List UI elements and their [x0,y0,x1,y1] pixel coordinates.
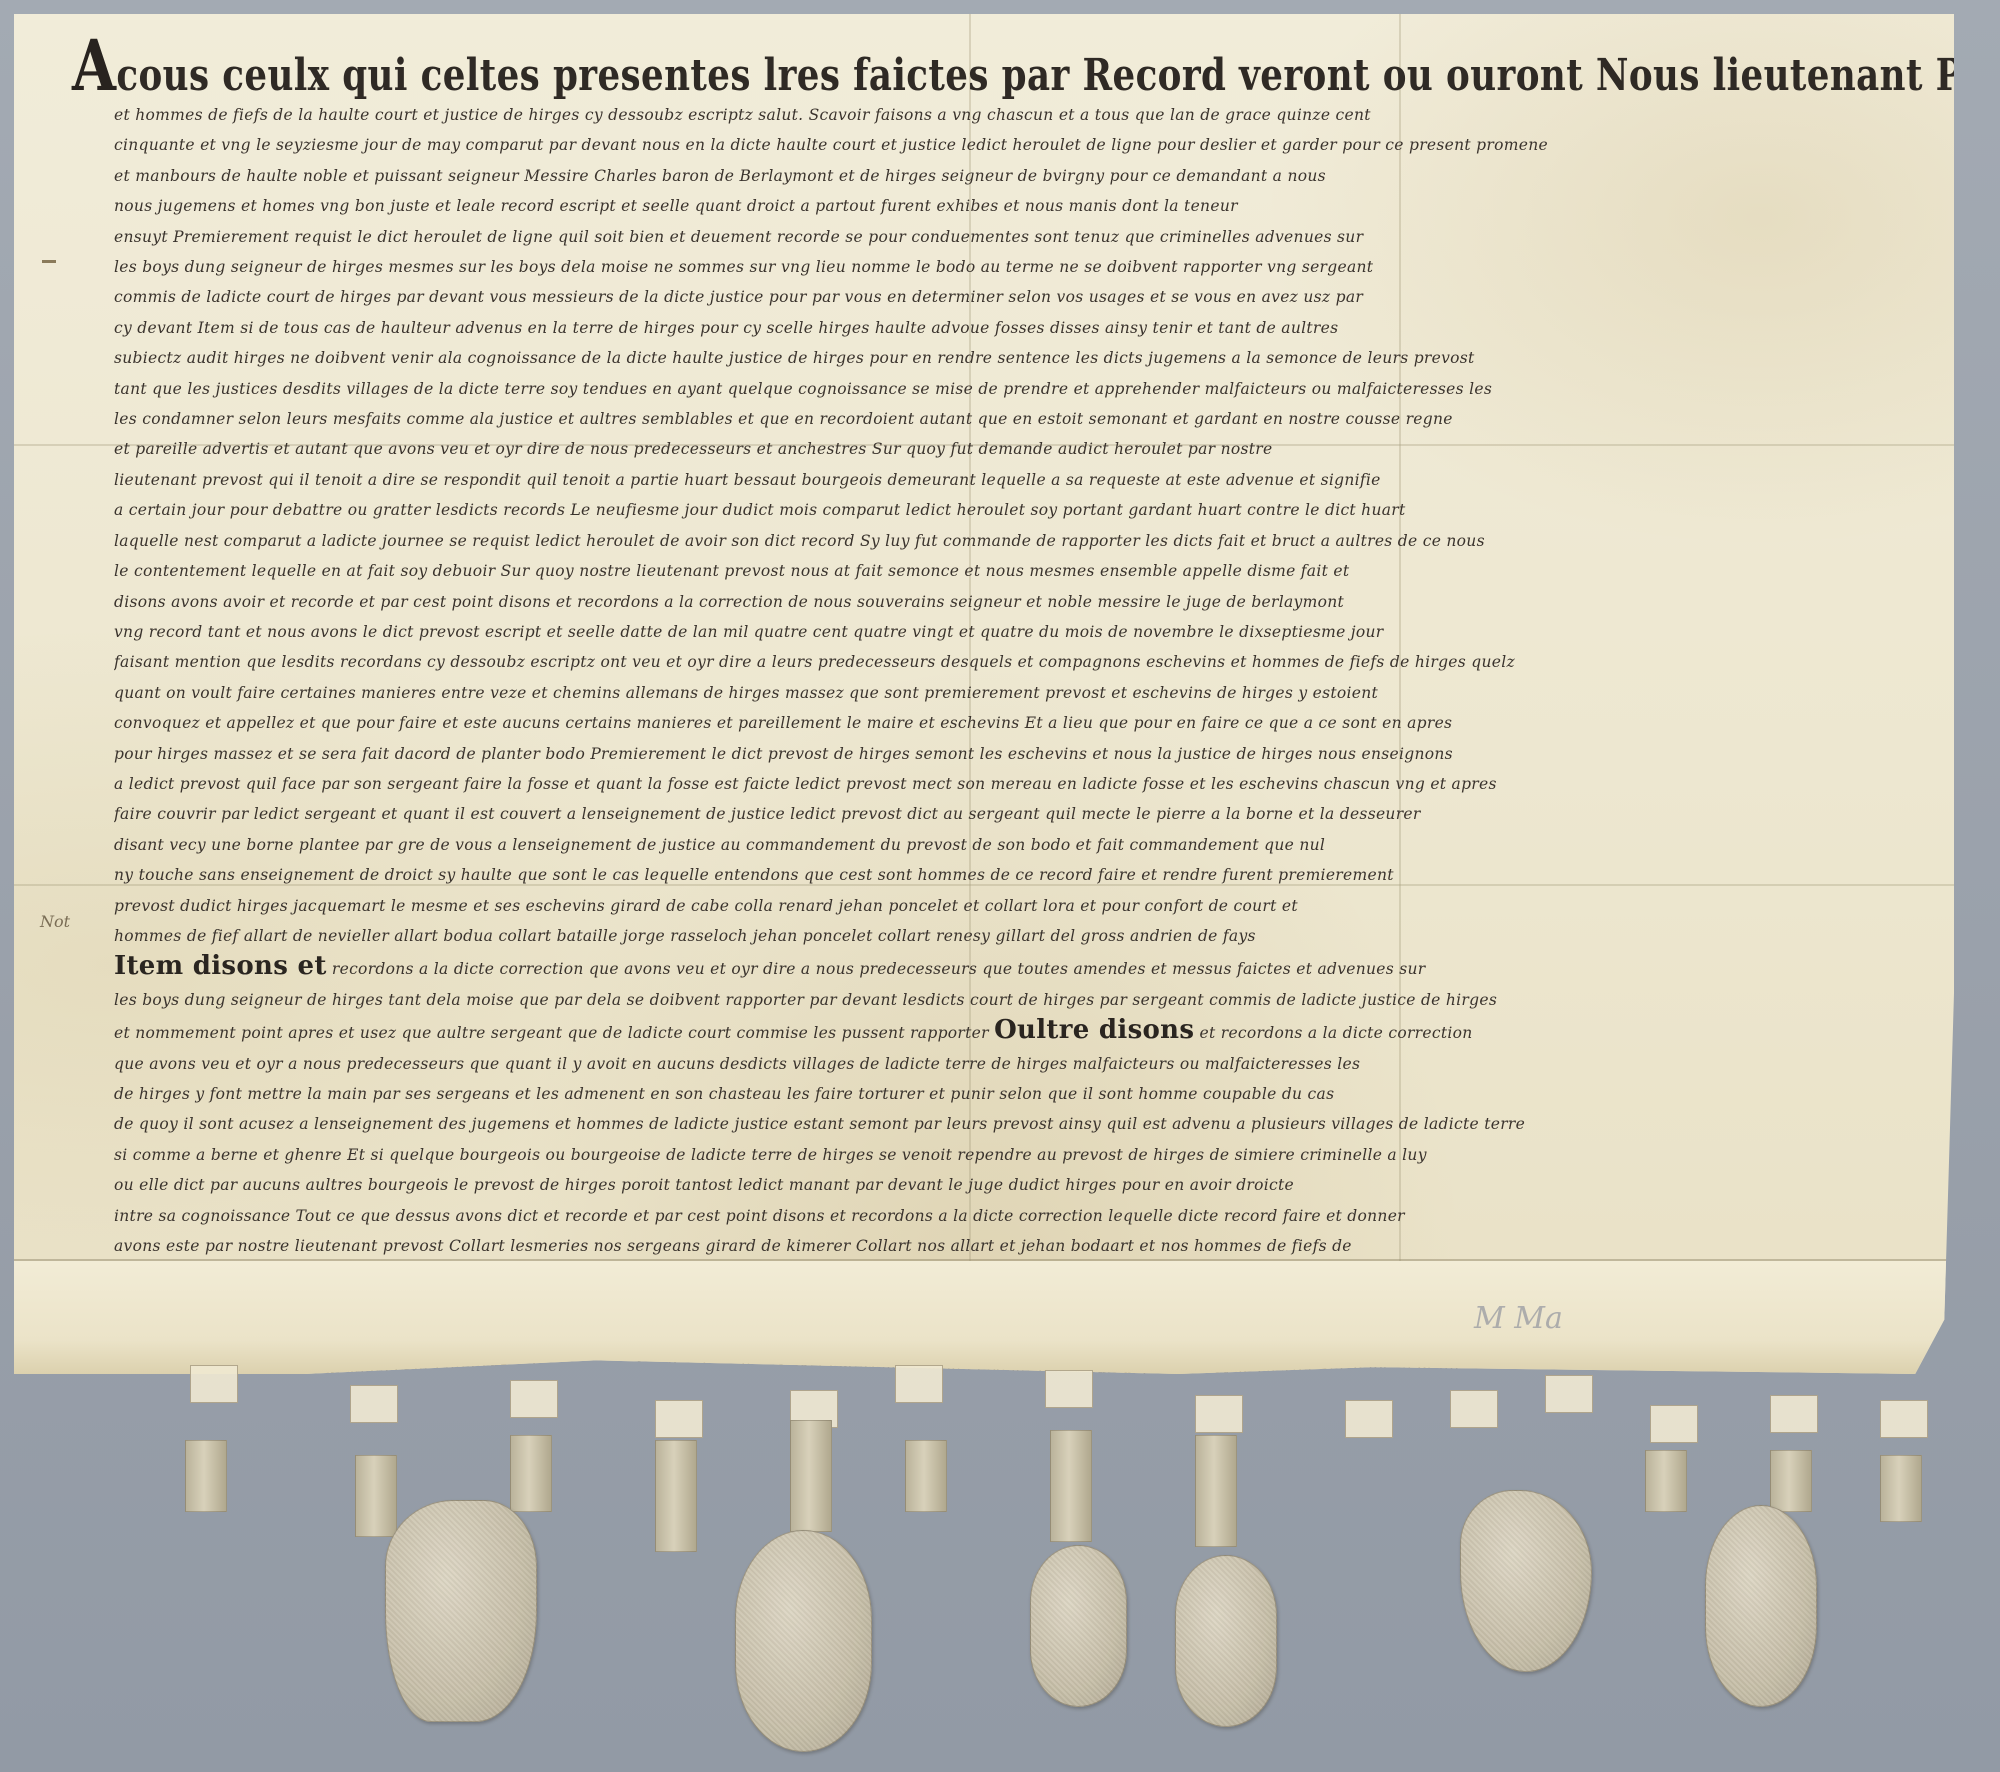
pencil-annotation: M Ma [1474,1301,1563,1336]
parchment-sheet: Acous ceulx qui celtes presentes lres fa… [14,14,1954,1374]
tag-slit [1045,1370,1093,1408]
heading-text: cous ceulx qui celtes presentes lres fai… [116,50,2000,101]
charter-line: les boys dung seigneur de hirges mesmes … [114,252,1949,282]
charter-line: disant vecy une borne plantee par gre de… [114,830,1949,860]
section-incipit: Oultre disons [994,1015,1194,1045]
charter-line: et manbours de haulte noble et puissant … [114,161,1949,191]
charter-heading: Acous ceulx qui celtes presentes lres fa… [72,24,2000,107]
seal-tag [1645,1450,1687,1512]
seal-tag [1880,1455,1922,1522]
seal-tag [1195,1435,1237,1547]
margin-tick [42,260,56,263]
charter-line: laquelle nest comparut a ladicte journee… [114,526,1949,556]
charter-line: pour hirges massez et se sera fait dacor… [114,739,1949,769]
charter-line: si comme a berne et ghenre Et si quelque… [114,1140,1949,1170]
charter-line: prevost dudict hirges jacquemart le mesm… [114,891,1949,921]
charter-line: avons este par nostre lieutenant prevost… [114,1231,1949,1261]
charter-line: que avons veu et oyr a nous predecesseur… [114,1049,1949,1079]
seal-tag [185,1440,227,1512]
charter-line: commis de ladicte court de hirges par de… [114,282,1949,312]
charter-line: faisant mention que lesdits recordans cy… [114,647,1949,677]
charter-line: nous jugemens et homes vng bon juste et … [114,191,1949,221]
charter-line: le contentement lequelle en at fait soy … [114,556,1949,586]
tag-slit [350,1385,398,1423]
tag-slit [510,1380,558,1418]
tag-slit [1545,1375,1593,1413]
charter-line: Item disons et recordons a la dicte corr… [114,951,1949,984]
charter-line: de hirges y font mettre la main par ses … [114,1079,1949,1109]
charter-line: vng record tant et nous avons le dict pr… [114,617,1949,647]
decorated-initial: A [72,24,116,107]
charter-line: quant on voult faire certaines manieres … [114,678,1949,708]
tag-slit [1345,1400,1393,1438]
charter-line: ou elle dict par aucuns aultres bourgeoi… [114,1170,1949,1200]
charter-line: faire couvrir par ledict sergeant et qua… [114,799,1949,829]
tag-slit [1770,1395,1818,1433]
charter-line: intre sa cognoissance Tout ce que dessus… [114,1201,1949,1231]
seal-tag [905,1440,947,1512]
charter-line: convoquez et appellez et que pour faire … [114,708,1949,738]
charter-line: a ledict prevost quil face par son serge… [114,769,1949,799]
seal-bag [1030,1545,1127,1707]
tag-slit [1650,1405,1698,1443]
charter-line: ny touche sans enseignement de droict sy… [114,860,1949,890]
seal-bag [1705,1505,1817,1707]
charter-line: ensuyt Premierement requist le dict hero… [114,222,1949,252]
charter-body-text: et hommes de fiefs de la haulte court et… [114,100,1949,1383]
charter-line: cy devant Item si de tous cas de haulteu… [114,313,1949,343]
charter-line: les boys dung seigneur de hirges tant de… [114,985,1949,1015]
charter-line: et nommement point apres et usez que aul… [114,1015,1949,1048]
charter-line: de quoy il sont acusez a lenseignement d… [114,1109,1949,1139]
seal-tag [355,1455,397,1537]
charter-line: disons avons avoir et recorde et par ces… [114,587,1949,617]
seal-bag [1175,1555,1277,1727]
seal-bag-torn [385,1500,537,1722]
charter-line: hommes de fief allart de nevieller allar… [114,921,1949,951]
charter-line: a certain jour pour debattre ou gratter … [114,495,1949,525]
charter-line: lieutenant prevost qui il tenoit a dire … [114,465,1949,495]
charter-line: les condamner selon leurs mesfaits comme… [114,404,1949,434]
tag-slit [190,1365,238,1403]
tag-slit [1195,1395,1243,1433]
margin-note: Not [40,912,70,931]
charter-line: cinquante et vng le seyziesme jour de ma… [114,130,1949,160]
charter-line: et hommes de fiefs de la haulte court et… [114,100,1949,130]
section-incipit: Item disons et [114,951,327,981]
tag-slit [895,1365,943,1403]
seal-bag [735,1530,872,1752]
seal-tag [510,1435,552,1512]
charter-line: tant que les justices desdits villages d… [114,374,1949,404]
charter-line: subiectz audit hirges ne doibvent venir … [114,343,1949,373]
seal-tag [655,1440,697,1552]
tag-slit [655,1400,703,1438]
tag-slit [1450,1390,1498,1428]
charter-line: et pareille advertis et autant que avons… [114,434,1949,464]
seal-tag [1050,1430,1092,1542]
turnup-plica: M Ma [14,1261,1954,1374]
seal-tag [1770,1450,1812,1512]
tag-slit [1880,1400,1928,1438]
seal-tag [790,1420,832,1532]
